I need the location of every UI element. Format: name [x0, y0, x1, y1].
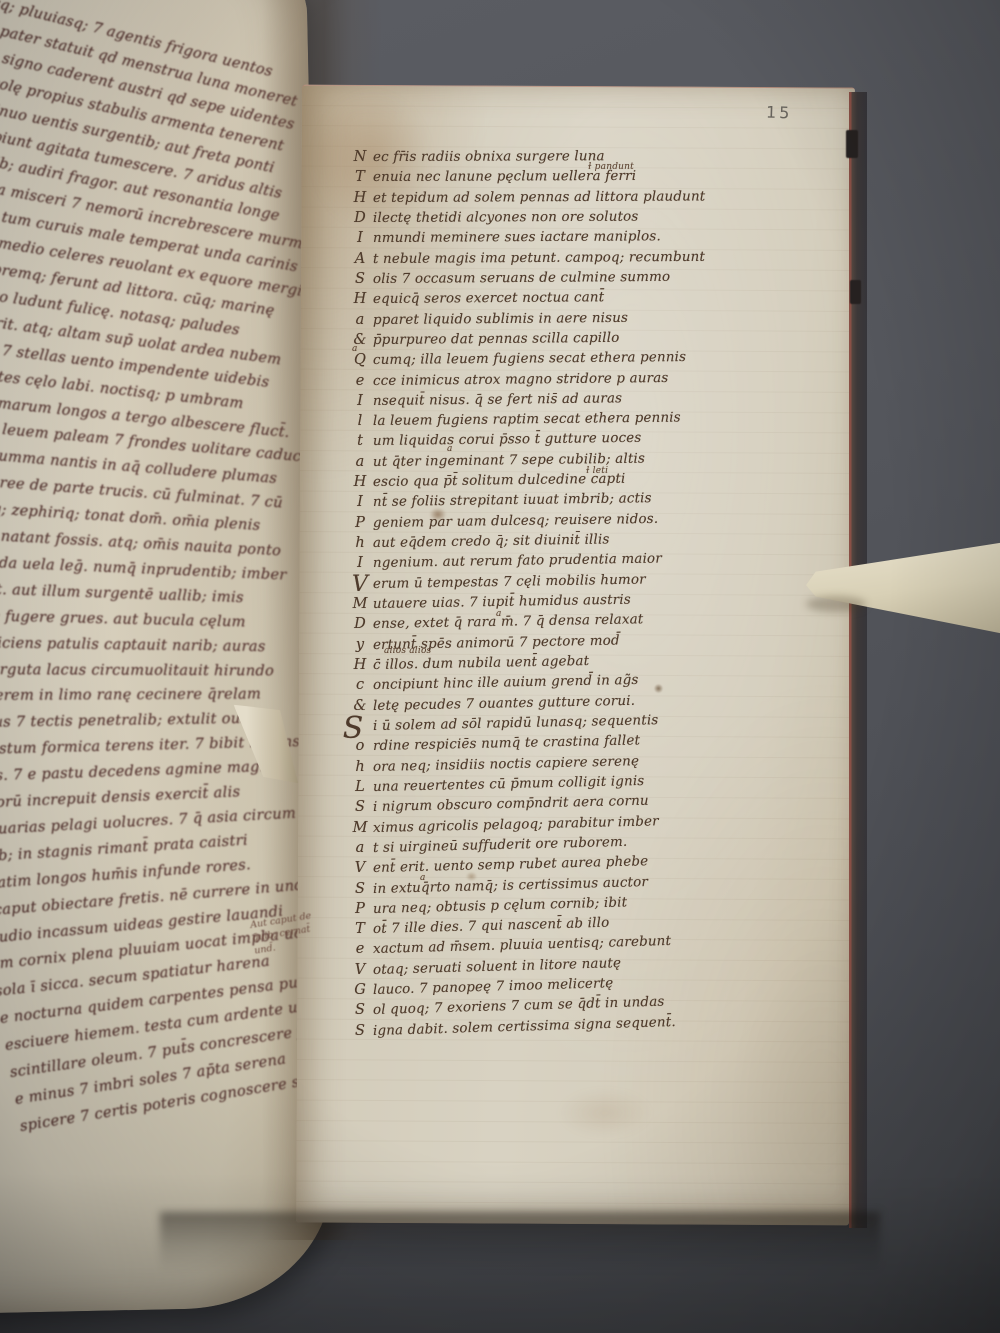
verse-line: t nebule magis ima petunt. campoq; recum…	[373, 249, 705, 266]
line-initial: I	[349, 555, 371, 571]
line-initial: M	[349, 820, 371, 836]
verse-line: et tepidum ad solem pennas ad littora pl…	[373, 189, 705, 206]
gloss: a	[420, 873, 426, 883]
book-bottom-shadow	[160, 1212, 880, 1272]
line-initial: D	[349, 210, 371, 226]
line-initial: Q	[349, 352, 371, 368]
line-initial: e	[349, 941, 371, 957]
gloss: alios alios	[384, 646, 431, 656]
line-initial: H	[349, 291, 371, 307]
verse-line: ffuit. aut illum surgentē uallib; imis	[0, 580, 244, 606]
gloss: a	[352, 344, 358, 354]
verse-line: nsequit̄ nisus. q̄ se fert nis̄ ad auras	[373, 391, 622, 409]
verse-line: rcus. 7 e pastu decedens agmine magno	[0, 758, 279, 785]
line-initial: c	[349, 677, 371, 693]
verse-line: nmundi meminere sues iactare maniplos.	[373, 230, 661, 247]
verse-line: ut arguta lacus circumuolitauit hirundo	[0, 661, 274, 679]
line-initial: H	[349, 190, 371, 206]
line-initial: S	[349, 271, 371, 287]
line-initial: H	[349, 474, 371, 490]
fore-edge-tab	[846, 130, 858, 158]
verse-line: pparet liquido sublimis in aere nisus	[373, 310, 628, 327]
line-initial: I	[349, 393, 371, 409]
line-initial: S	[349, 1023, 371, 1039]
verse-line: ueterem in limo ranę cecinere q̄relam	[0, 686, 261, 705]
line-initial: e	[349, 373, 371, 389]
verse-line: olis 7 occasum seruans de culmine summo	[373, 270, 670, 287]
verse-line: cce inimicus atrox magno stridore p aura…	[373, 370, 669, 388]
bone-folder-shadow	[806, 596, 866, 612]
verse-line: epius 7 tectis penetralib; extulit oua.	[0, 710, 255, 731]
verse-line: ilectę thetidi alcyones non ore solutos	[373, 210, 639, 226]
line-initial: D	[349, 616, 371, 632]
line-initial: l	[349, 413, 371, 429]
line-initial: a	[349, 840, 371, 856]
line-initial: H	[349, 657, 371, 673]
book-fore-edge	[849, 92, 867, 1228]
line-initial: T	[349, 921, 371, 937]
line-initial: V	[349, 572, 371, 597]
gloss: a	[447, 444, 453, 454]
verse-line: am uarias pelagi uolucres. 7 q̄ asia cir…	[0, 805, 296, 839]
line-initial: M	[349, 596, 371, 612]
gloss: ɫ pandunt	[588, 162, 634, 172]
gloss: ɫ leti	[586, 466, 608, 476]
line-initial: S	[349, 881, 371, 897]
line-initial: a	[349, 312, 371, 328]
line-initial: I	[349, 494, 371, 510]
line-initial: a	[349, 454, 371, 470]
verse-line: umida uela leḡ. numq̄ inprudentib; imber	[0, 553, 287, 584]
line-initial: h	[349, 759, 371, 775]
verse-line: erię fugere grues. aut bucula cęlum	[0, 607, 246, 630]
verse-line: p̄purpureo dat pennas scilla capillo	[373, 331, 620, 348]
line-initial: y	[349, 637, 371, 653]
gloss: a	[496, 609, 502, 619]
line-initial: o	[349, 738, 371, 754]
line-initial: V	[349, 962, 371, 978]
line-initial: P	[349, 901, 371, 917]
verse-line: oruorū increpuit densis exercit̄ alis	[0, 783, 241, 812]
verse-line: equicq̄ seros exercet noctua cant̄	[373, 290, 604, 307]
line-initial: G	[349, 982, 371, 998]
manuscript-photo: stusq; pluuiasq; 7 agentis frigora uento…	[0, 0, 1000, 1333]
line-initial: T	[349, 169, 371, 185]
line-initial: S	[349, 1002, 371, 1018]
line-initial: t	[349, 433, 371, 449]
line-initial: S	[349, 799, 371, 815]
folio-number: 15	[766, 103, 793, 123]
line-initial: P	[349, 515, 371, 531]
line-initial: L	[349, 779, 371, 795]
line-initial: h	[349, 535, 371, 551]
line-initial: A	[349, 251, 371, 267]
line-initial: I	[349, 230, 371, 246]
fore-edge-tab	[850, 280, 861, 304]
verse-line: ec fr̄is radiis obnixa surgere luna	[373, 149, 605, 165]
verse-line: uspiciens patulis captauit narib; auras	[0, 634, 266, 655]
line-initial: N	[349, 149, 371, 165]
line-initial: V	[349, 860, 371, 876]
